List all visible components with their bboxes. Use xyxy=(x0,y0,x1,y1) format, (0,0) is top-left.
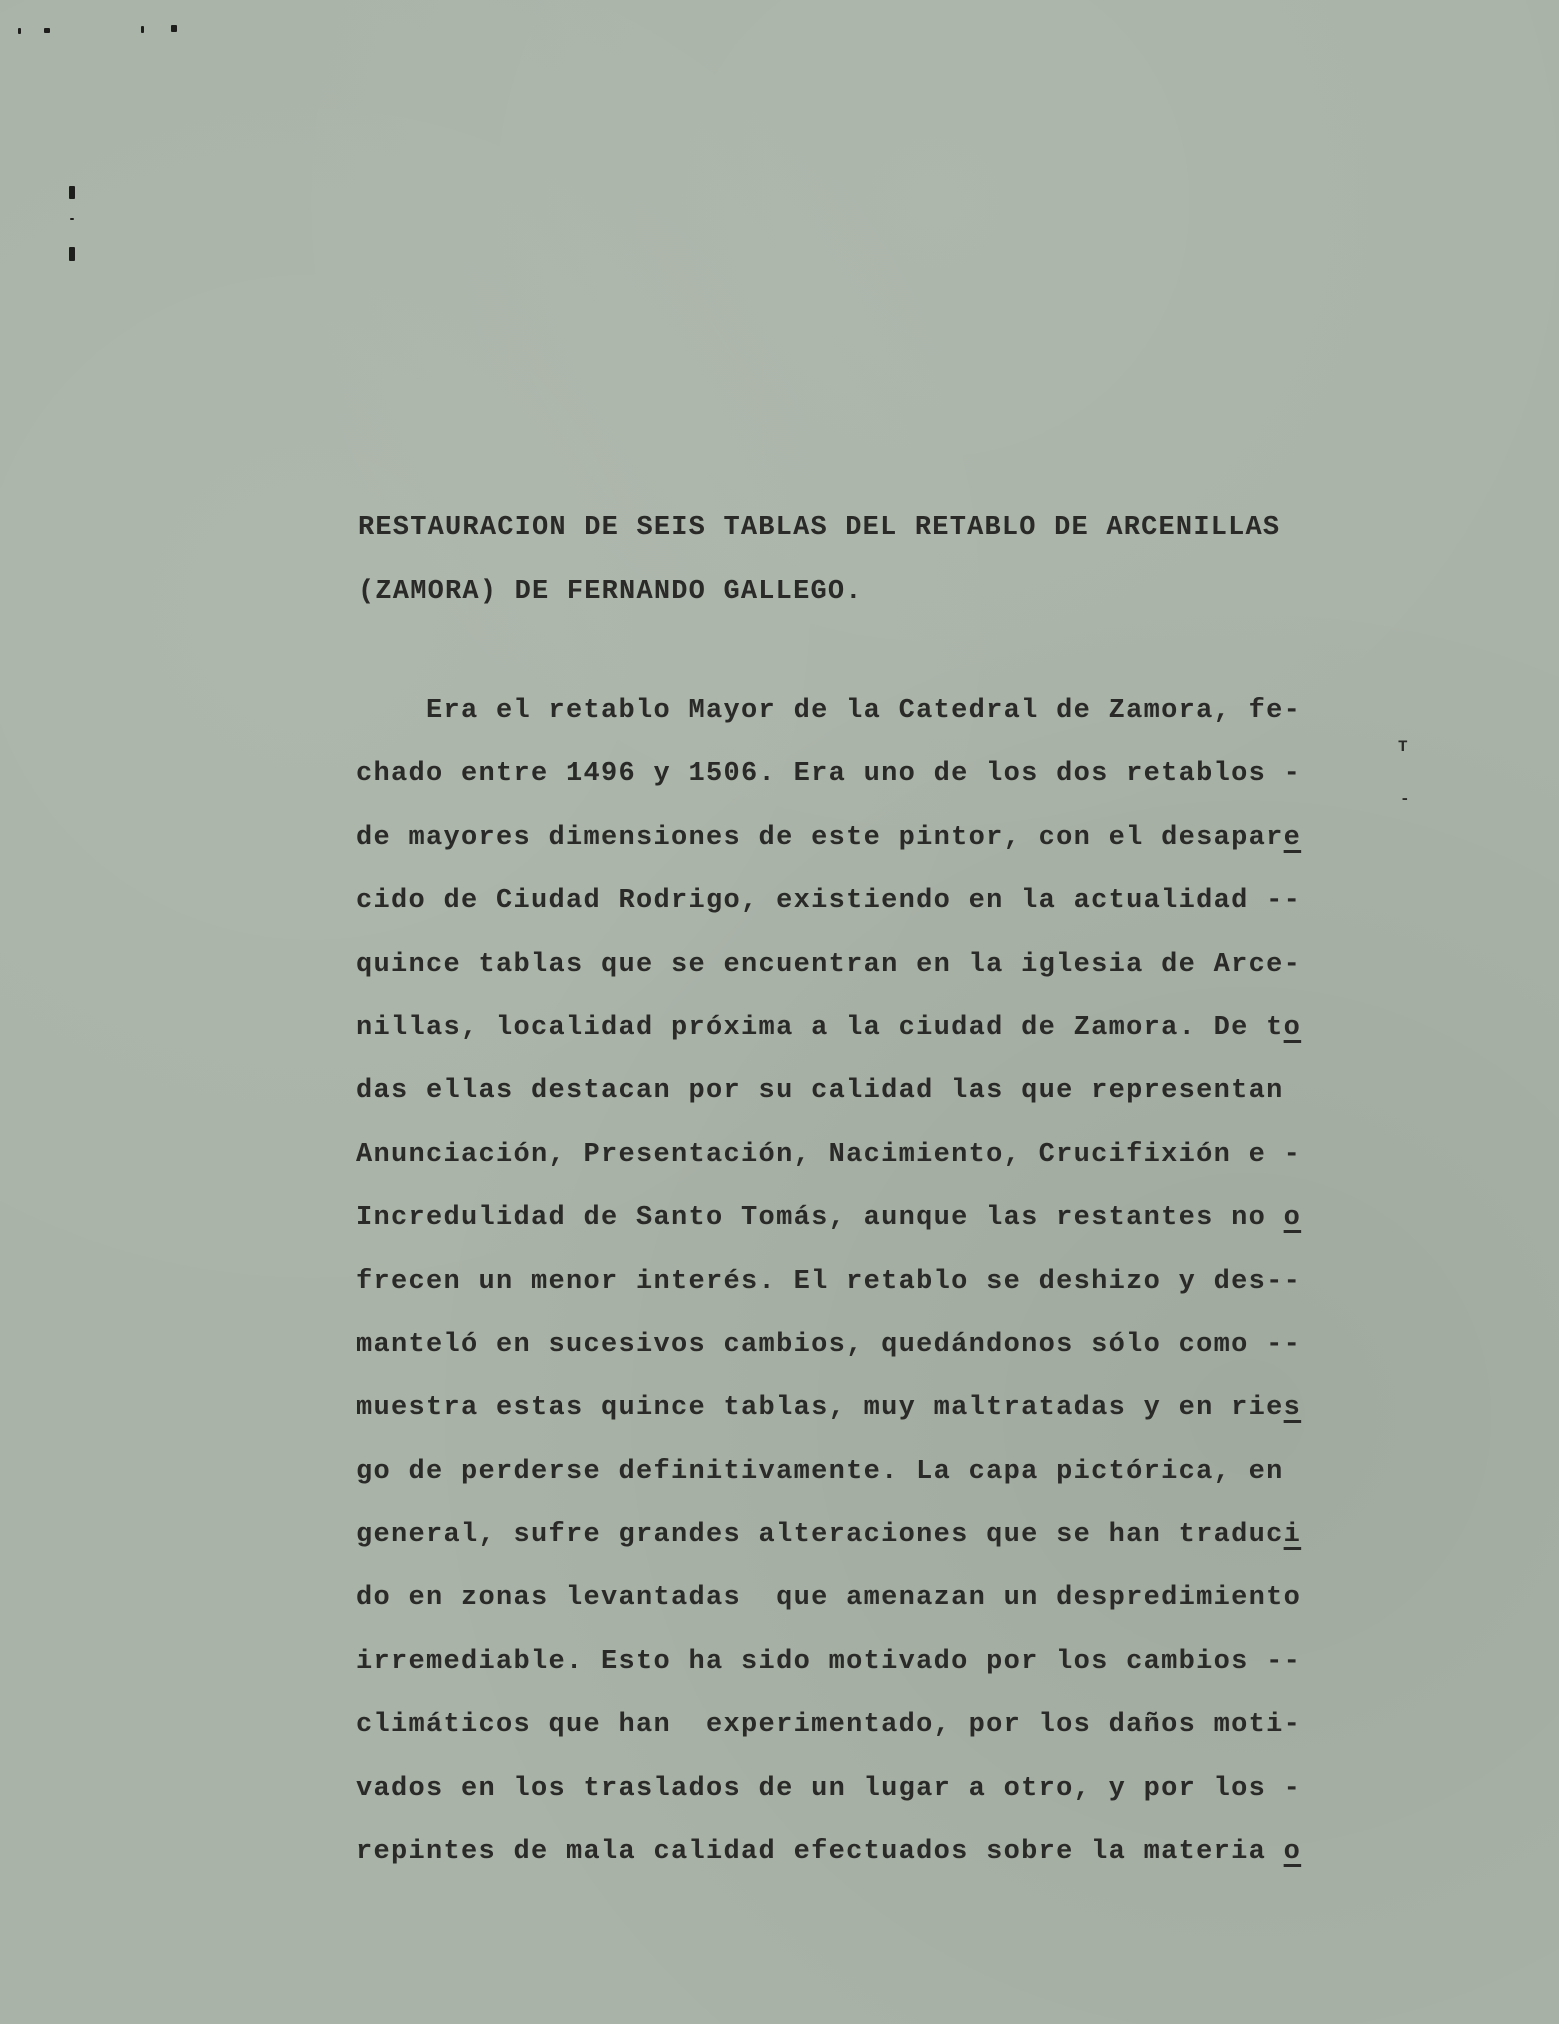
punch-mark xyxy=(141,26,144,33)
document-body: Era el retablo Mayor de la Catedral de Z… xyxy=(356,680,1416,1884)
body-line: Era el retablo Mayor de la Catedral de Z… xyxy=(356,680,1416,743)
body-line: frecen un menor interés. El retablo se d… xyxy=(356,1251,1416,1314)
document-title: RESTAURACION DE SEIS TABLAS DEL RETABLO … xyxy=(358,496,1280,624)
punch-mark xyxy=(69,186,75,199)
punch-mark xyxy=(44,28,50,33)
body-line: vados en los traslados de un lugar a otr… xyxy=(356,1758,1416,1821)
body-line: manteló en sucesivos cambios, quedándono… xyxy=(356,1314,1416,1377)
punch-mark xyxy=(70,218,74,220)
punch-mark xyxy=(69,247,75,261)
punch-mark xyxy=(171,25,177,32)
scanned-page: RESTAURACION DE SEIS TABLAS DEL RETABLO … xyxy=(0,0,1559,2024)
title-line: (ZAMORA) DE FERNANDO GALLEGO. xyxy=(358,560,1280,624)
body-line: Anunciación, Presentación, Nacimiento, C… xyxy=(356,1124,1416,1187)
body-line: de mayores dimensiones de este pintor, c… xyxy=(356,807,1416,870)
body-line: cido de Ciudad Rodrigo, existiendo en la… xyxy=(356,870,1416,933)
body-line: chado entre 1496 y 1506. Era uno de los … xyxy=(356,743,1416,806)
body-line: irremediable. Esto ha sido motivado por … xyxy=(356,1631,1416,1694)
title-line: RESTAURACION DE SEIS TABLAS DEL RETABLO … xyxy=(358,496,1280,560)
body-line: general, sufre grandes alteraciones que … xyxy=(356,1504,1416,1567)
body-line: climáticos que han experimentado, por lo… xyxy=(356,1694,1416,1757)
body-line: nillas, localidad próxima a la ciudad de… xyxy=(356,997,1416,1060)
body-line: Incredulidad de Santo Tomás, aunque las … xyxy=(356,1187,1416,1250)
body-line: muestra estas quince tablas, muy maltrat… xyxy=(356,1377,1416,1440)
body-line: quince tablas que se encuentran en la ig… xyxy=(356,934,1416,997)
body-line: repintes de mala calidad efectuados sobr… xyxy=(356,1821,1416,1884)
body-line: do en zonas levantadas que amenazan un d… xyxy=(356,1567,1416,1630)
body-line: das ellas destacan por su calidad las qu… xyxy=(356,1060,1416,1123)
body-line: go de perderse definitivamente. La capa … xyxy=(356,1441,1416,1504)
punch-mark xyxy=(18,28,21,34)
